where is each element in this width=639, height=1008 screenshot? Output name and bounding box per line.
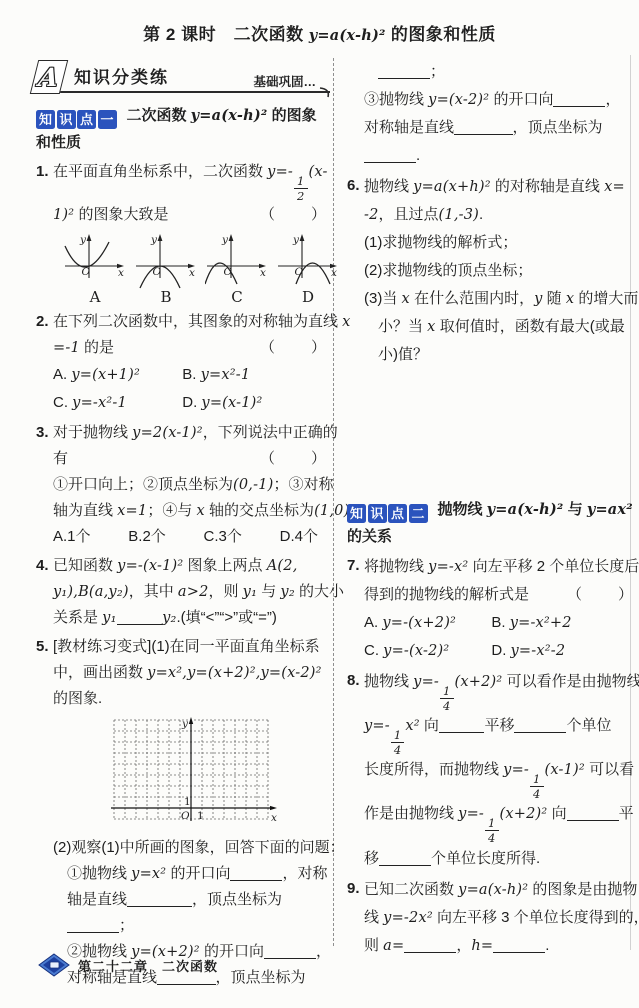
text-line: .	[364, 142, 635, 170]
text-line: ③抛物线 y=(x-2)² 的开口向，	[364, 86, 635, 114]
answer-blank	[379, 851, 431, 866]
answer-blank	[117, 610, 163, 625]
option-label: B	[160, 288, 171, 306]
svg-text:y: y	[79, 234, 87, 246]
text-line: 在平面直角坐标系中，二次函数 y=-12(x-	[53, 159, 328, 202]
option-graph-B: yxOB	[134, 232, 198, 306]
badge-tile: 二	[409, 504, 428, 523]
choice-option: C. y=-(x-2)²	[364, 637, 491, 665]
math-expression: y=a(x-h)²	[487, 501, 564, 518]
choice-option: B. y=-x²+2	[491, 609, 635, 637]
text-line: 得到的抛物线的解析式是（ ）	[364, 581, 635, 609]
text-line: 轴为直线 x=1；④与 x 轴的交点坐标为(1,0).	[53, 498, 328, 524]
answer-paren: （ ）	[260, 446, 328, 472]
math-expression: y=-(x-1)²	[117, 558, 183, 574]
choice-option: B. y=x²-1	[182, 361, 328, 389]
knowledge-point: 知识点一二次函数 y=a(x-h)² 的图象和性质	[36, 102, 328, 156]
page-title: 第 2 课时 二次函数 y=a(x-h)² 的图象和性质	[0, 20, 639, 45]
math-expression: y=a(x-h)²	[458, 882, 528, 898]
text-line: y=-14x² 向平移个单位	[364, 712, 635, 756]
math-expression: 1)²	[53, 207, 74, 223]
chapter-label: 第二十二章 二次函数	[78, 956, 218, 975]
knowledge-point-badge: 知识点一	[36, 110, 117, 129]
badge-tile: 知	[36, 110, 55, 129]
text-line: 小？当 x 取何值时，函数有最大(或最	[364, 313, 635, 341]
math-expression: y=-14(x+2)²	[413, 674, 502, 690]
math-expression: y=-(x-2)²	[383, 643, 449, 659]
text-line: (2)观察(1)中所画的图象，回答下面的问题：	[53, 835, 328, 861]
fraction: 14	[391, 729, 405, 756]
text-line: 轴是直线，顶点坐标为	[53, 887, 328, 913]
question-number: 7.	[347, 553, 360, 579]
text-line: 已知函数 y=-(x-1)² 图象上两点 A(2,	[53, 553, 328, 579]
math-expression: y=-12(x-	[267, 164, 327, 180]
badge-tile: 识	[57, 110, 76, 129]
answer-blank	[404, 938, 456, 953]
chapter-diamond-icon	[38, 953, 70, 977]
text-line: 有（ ）	[53, 446, 328, 472]
math-expression: y=x²,y=(x+2)²,y=(x-2)²	[147, 665, 322, 681]
svg-text:O: O	[181, 810, 190, 822]
svg-text:x: x	[189, 267, 195, 279]
text-line: ①开口向上；②顶点坐标为(0,-1)；③对称	[53, 472, 328, 498]
math-expression: x=1	[117, 503, 147, 519]
svg-text:O: O	[82, 266, 91, 278]
text-line: 已知二次函数 y=a(x-h)² 的图象是由抛物	[364, 876, 635, 904]
text-line: (1)求抛物线的解析式；	[364, 229, 635, 257]
question-number: 4.	[36, 553, 49, 579]
question-8: 8.抛物线 y=-14(x+2)² 可以看作是由抛物线y=-14x² 向平移个单…	[347, 668, 635, 873]
math-expression: x	[197, 503, 205, 519]
badge-tile: 识	[368, 504, 387, 523]
option-graph-C: yxOC	[205, 232, 269, 306]
grid-figure: yxO11	[111, 717, 328, 831]
text-line: 中，画出函数 y=x²,y=(x+2)²,y=(x-2)²	[53, 660, 328, 686]
question-4: 4.已知函数 y=-(x-1)² 图象上两点 A(2,y₁),B(a,y₂)，其…	[36, 553, 328, 631]
section-band: A 知识分类练 基础巩固…	[36, 60, 330, 93]
answer-blank	[553, 92, 605, 107]
text-line: 线 y=-2x² 向左平移 3 个单位长度得到的，	[364, 904, 635, 932]
question-number: 2.	[36, 309, 49, 335]
fraction: 14	[530, 773, 544, 800]
math-expression: y=(x+1)²	[71, 367, 140, 383]
q1-option-graphs: yxOAyxOByxOCyxOD	[53, 232, 328, 306]
question-number: 1.	[36, 159, 49, 185]
question-7: 7.将抛物线 y=-x² 向左平移 2 个单位长度后得到的抛物线的解析式是（ ）…	[347, 553, 635, 665]
answer-blank	[127, 892, 192, 907]
math-expression: y=(x-2)²	[428, 92, 489, 108]
text-line: -2，且过点(1,-3).	[364, 201, 635, 229]
column-spacer	[347, 372, 635, 494]
math-expression: A(2,	[267, 558, 298, 574]
continuation-lines: ；③抛物线 y=(x-2)² 的开口向，对称轴是直线，顶点坐标为.	[347, 58, 635, 170]
text-line: 关系是 y₁y₂.(填“<”“>”或“=”)	[53, 605, 328, 631]
page-footer: 第二十二章 二次函数	[38, 953, 218, 977]
math-expression: y=-2x²	[383, 910, 433, 926]
math-expression: (1,0)	[314, 503, 349, 519]
math-expression: y=-14(x+2)²	[458, 806, 547, 822]
badge-tile: 点	[388, 504, 407, 523]
math-expression: y₁	[243, 584, 257, 600]
text-line: 则 a=，h=.	[364, 932, 635, 960]
svg-text:x: x	[118, 267, 124, 279]
math-expression: y=2(x-1)²	[132, 425, 203, 441]
option-graph-D: yxOD	[276, 232, 340, 306]
choice-option: D. y=(x-1)²	[182, 389, 328, 417]
answer-paren: （ ）	[567, 581, 635, 609]
text-line: 移个单位长度所得.	[364, 845, 635, 873]
band-letter-emblem: A	[30, 60, 68, 94]
answer-blank	[439, 718, 485, 733]
text-line: ；	[364, 58, 635, 86]
math-expression: y₂	[162, 610, 176, 626]
text-line: 1)² 的图象大致是（ ）	[53, 202, 328, 228]
text-line: y₁),B(a,y₂)，其中 a>2，则 y₁ 与 y₂ 的大小	[53, 579, 328, 605]
text-line: 对于抛物线 y=2(x-1)²，下列说法中正确的	[53, 420, 328, 446]
svg-text:x: x	[271, 812, 277, 824]
answer-blank	[454, 120, 513, 135]
knowledge-point-badge: 知识点二	[347, 504, 428, 523]
math-expression: y₁),B(a,y₂)	[53, 584, 129, 600]
choice-option: A. y=(x+1)²	[53, 361, 182, 389]
math-expression: y=-x²	[428, 559, 468, 575]
question-number: 3.	[36, 420, 49, 446]
badge-tile: 一	[98, 110, 117, 129]
left-column: 知识点一二次函数 y=a(x-h)² 的图象和性质1.在平面直角坐标系中，二次函…	[36, 100, 328, 994]
math-expression: y₂	[280, 584, 294, 600]
knowledge-point: 知识点二抛物线 y=a(x-h)² 与 y=ax² 的关系	[347, 496, 635, 550]
option-label: A	[90, 288, 101, 306]
text-line: 在下列二次函数中，其图象的对称轴为直线 x	[53, 309, 328, 335]
math-expression: y=-x²-2	[511, 643, 566, 659]
math-expression: a=	[383, 938, 404, 954]
math-expression: y₁	[102, 610, 116, 626]
answer-blank	[230, 866, 282, 881]
math-expression: x=	[604, 179, 625, 195]
text-line: 作是由抛物线 y=-14(x+2)² 向平	[364, 800, 635, 844]
math-expression: (0,-1)	[233, 477, 273, 493]
choice-grid: A. y=-(x+2)²B. y=-x²+2C. y=-(x-2)²D. y=-…	[364, 609, 635, 665]
question-6: 6.抛物线 y=a(x+h)² 的对称轴是直线 x=-2，且过点(1,-3).(…	[347, 173, 635, 369]
question-2: 2.在下列二次函数中，其图象的对称轴为直线 x=-1 的是（ ）A. y=(x+…	[36, 309, 328, 417]
text-line: 长度所得，而抛物线 y=-14(x-1)² 可以看	[364, 756, 635, 800]
math-expression: y=-x²+2	[510, 615, 572, 631]
text-line: 将抛物线 y=-x² 向左平移 2 个单位长度后	[364, 553, 635, 581]
text-line: 的图象.	[53, 686, 328, 712]
math-expression: y=-14(x-1)²	[503, 762, 585, 778]
badge-tile: 知	[347, 504, 366, 523]
svg-text:x: x	[331, 267, 337, 279]
math-expression: y=(x-1)²	[201, 395, 262, 411]
choice-option: C. y=-x²-1	[53, 389, 182, 417]
answer-blank	[567, 806, 619, 821]
question-5: 5.[教材练习变式](1)在同一平面直角坐标系中，画出函数 y=x²,y=(x+…	[36, 634, 328, 831]
svg-text:y: y	[292, 234, 300, 246]
svg-text:y: y	[221, 234, 229, 246]
column-divider	[333, 58, 334, 946]
math-expression: y=a(x-h)²	[309, 27, 386, 44]
choice-grid: A. y=(x+1)²B. y=x²-1C. y=-x²-1D. y=(x-1)…	[53, 361, 328, 417]
question-number: 9.	[347, 876, 360, 902]
text-line: [教材练习变式](1)在同一平面直角坐标系	[53, 634, 328, 660]
text-line: (3)当 x 在什么范围内时，y 随 x 的增大而减	[364, 285, 635, 313]
math-expression: x	[427, 319, 435, 335]
question-number: 5.	[36, 634, 49, 660]
text-line: =-1 的是（ ）	[53, 335, 328, 361]
choice-option: D. y=-x²-2	[491, 637, 635, 665]
math-expression: y=-x²-1	[72, 395, 127, 411]
svg-text:y: y	[150, 234, 158, 246]
answer-blank	[514, 718, 566, 733]
answer-blank	[493, 938, 545, 953]
math-expression: a>2	[178, 584, 209, 600]
question-3: 3.对于抛物线 y=2(x-1)²，下列说法中正确的有（ ）①开口向上；②顶点坐…	[36, 420, 328, 550]
text-line: ①抛物线 y=x² 的开口向，对称	[53, 861, 328, 887]
question-9: 9.已知二次函数 y=a(x-h)² 的图象是由抛物线 y=-2x² 向左平移 …	[347, 876, 635, 960]
svg-text:1: 1	[197, 810, 204, 822]
option-label: D	[302, 288, 314, 306]
answer-blank	[378, 64, 430, 79]
fraction: 12	[294, 175, 308, 202]
badge-tile: 点	[77, 110, 96, 129]
text-line: 抛物线 y=a(x+h)² 的对称轴是直线 x=	[364, 173, 635, 201]
question-number: 8.	[347, 668, 360, 694]
text-line: 小)值？	[364, 341, 635, 369]
math-expression: y=-(x+2)²	[382, 615, 456, 631]
text-line: (2)求抛物线的顶点坐标；	[364, 257, 635, 285]
math-expression: x	[566, 291, 574, 307]
math-expression: -2	[364, 207, 379, 223]
choice-option: A. y=-(x+2)²	[364, 609, 491, 637]
question-number: 6.	[347, 173, 360, 199]
band-tail-curl	[318, 87, 332, 99]
math-expression: y=a(x+h)²	[413, 179, 491, 195]
text-line: 对称轴是直线，顶点坐标为	[364, 114, 635, 142]
answer-paren: （ ）	[260, 202, 328, 228]
band-title: 知识分类练	[74, 63, 169, 88]
math-expression: y=x²-1	[201, 367, 251, 383]
math-expression: y=x²	[131, 866, 166, 882]
math-expression: h=	[471, 938, 493, 954]
math-expression: y=a(x-h)²	[191, 107, 268, 124]
svg-text:y: y	[181, 718, 189, 730]
math-expression: y=ax²	[587, 501, 633, 518]
text-line: A.1个B.2个C.3个D.4个	[53, 524, 328, 550]
answer-blank	[264, 944, 316, 959]
band-tag: 基础巩固…	[253, 72, 316, 90]
answer-paren: （ ）	[260, 335, 328, 361]
math-expression: x	[402, 291, 410, 307]
right-column: ；③抛物线 y=(x-2)² 的开口向，对称轴是直线，顶点坐标为.6.抛物线 y…	[347, 58, 635, 963]
fraction: 14	[485, 817, 499, 844]
math-expression: =-1	[53, 340, 80, 356]
text-line: ；	[53, 913, 328, 939]
answer-blank	[364, 148, 416, 163]
question-1: 1.在平面直角坐标系中，二次函数 y=-12(x-1)² 的图象大致是（ ）yx…	[36, 159, 328, 306]
svg-text:1: 1	[184, 796, 191, 808]
fraction: 14	[440, 685, 454, 712]
answer-blank	[67, 918, 119, 933]
math-expression: y=-14x²	[364, 718, 420, 734]
text-line: 抛物线 y=-14(x+2)² 可以看作是由抛物线	[364, 668, 635, 712]
option-graph-A: yxOA	[63, 232, 127, 306]
math-expression: y	[534, 291, 542, 307]
math-expression: (1,-3)	[439, 207, 479, 223]
option-label: C	[231, 288, 242, 306]
svg-text:x: x	[260, 267, 266, 279]
